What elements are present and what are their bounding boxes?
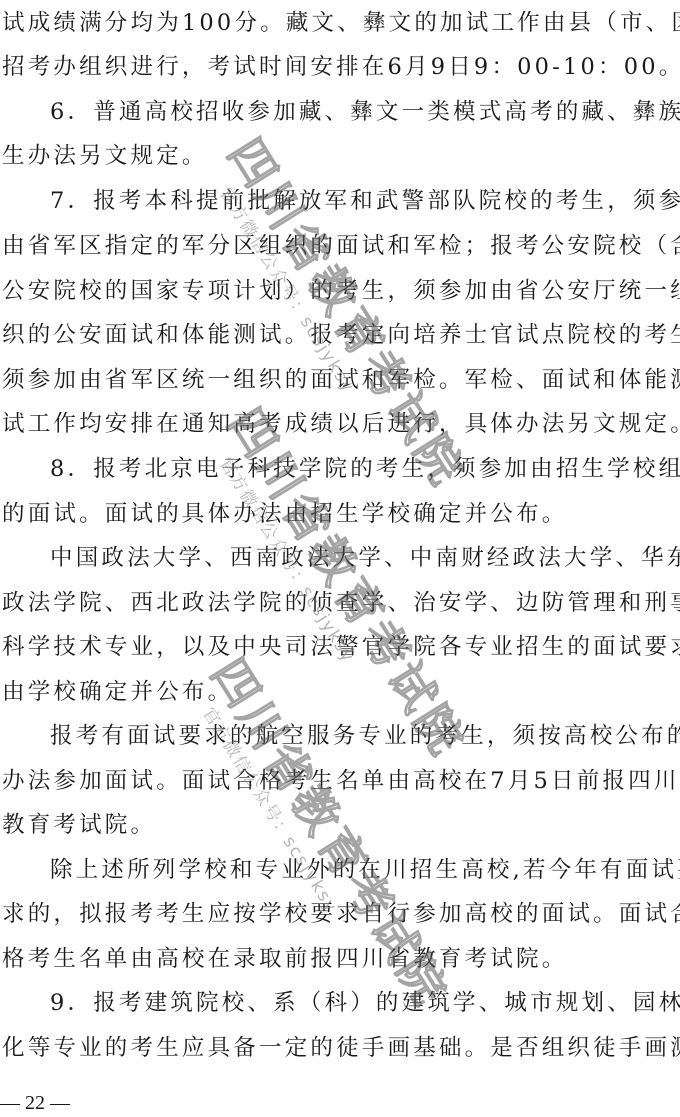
- text-line: 报考有面试要求的航空服务专业的考生，须按高校公布的: [50, 721, 680, 751]
- text-line: 7．报考本科提前批解放军和武警部队院校的考生，须参加: [50, 186, 680, 216]
- text-line: 6．普通高校招收参加藏、彝文一类模式高考的藏、彝族考: [50, 97, 680, 127]
- text-line: 教育考试院。: [2, 810, 680, 840]
- text-line: 格考生名单由高校在录取前报四川省教育考试院。: [2, 944, 680, 974]
- text-line: 中国政法大学、西南政法大学、中南财经政法大学、华东: [50, 543, 680, 573]
- text-line: 8．报考北京电子科技学院的考生，须参加由招生学校组织: [50, 454, 680, 484]
- text-line: 试工作均安排在通知高考成绩以后进行，具体办法另文规定。: [2, 409, 680, 439]
- text-line: 由省军区指定的军分区组织的面试和军检；报考公安院校（含: [2, 231, 680, 261]
- text-line: 须参加由省军区统一组织的面试和军检。军检、面试和体能测: [2, 365, 680, 395]
- page-number: — 22 —: [0, 1092, 70, 1114]
- text-line: 政法学院、西北政法学院的侦查学、治安学、边防管理和刑事: [2, 588, 680, 618]
- text-line: 办法参加面试。面试合格考生名单由高校在7月5日前报四川省: [2, 766, 680, 796]
- text-line: 的面试。面试的具体办法由招生学校确定并公布。: [2, 499, 680, 529]
- text-line: 生办法另文规定。: [2, 141, 680, 171]
- text-line: 公安院校的国家专项计划）的考生，须参加由省公安厅统一组: [2, 276, 680, 306]
- text-line: 织的公安面试和体能测试。报考定向培养士官试点院校的考生，: [2, 320, 680, 350]
- text-line: 科学技术专业，以及中央司法警官学院各专业招生的面试要求，: [2, 632, 680, 662]
- text-line: 试成绩满分均为100分。藏文、彝文的加试工作由县（市、区）: [2, 8, 680, 38]
- document-page: 试成绩满分均为100分。藏文、彝文的加试工作由县（市、区）招考办组织进行，考试时…: [0, 0, 680, 1117]
- text-line: 除上述所列学校和专业外的在川招生高校,若今年有面试要: [50, 855, 680, 885]
- watermark-title: 四川省教育考试院: [220, 130, 474, 496]
- text-line: 招考办组织进行，考试时间安排在6月9日9：00-10：00。: [2, 52, 680, 82]
- text-line: 化等专业的考生应具备一定的徒手画基础。是否组织徒手画测: [2, 1033, 680, 1063]
- text-line: 由学校确定并公布。: [2, 677, 680, 707]
- text-line: 求的，拟报考考生应按学校要求自行参加高校的面试。面试合: [2, 899, 680, 929]
- text-line: 9．报考建筑院校、系（科）的建筑学、城市规划、园林绿: [50, 988, 680, 1018]
